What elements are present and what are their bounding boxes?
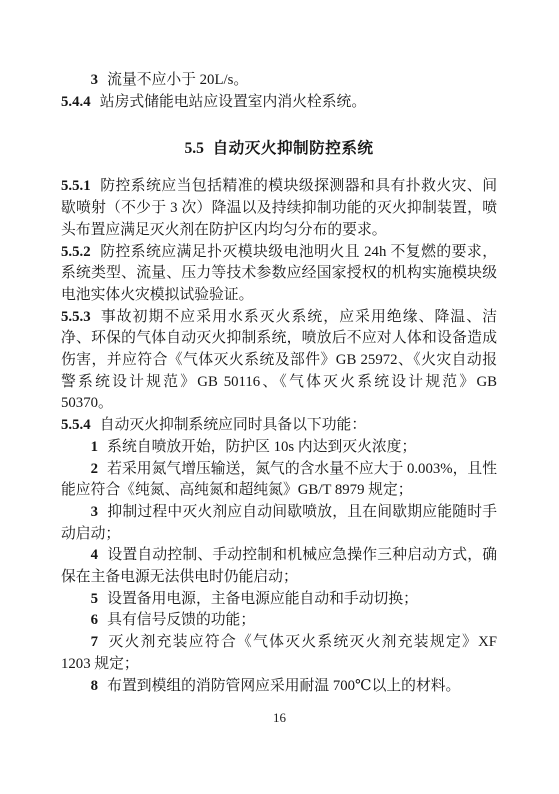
- item-text: 系统自喷放开始，防护区 10s 内达到灭火浓度；: [107, 439, 416, 455]
- clause-paragraph: 5.5.2防控系统应满足扑灭模块级电池明火且 24h 不复燃的要求，系统类型、流…: [61, 242, 497, 307]
- item-number: 5.5.2: [61, 244, 91, 260]
- item-text: 抑制过程中灭火剂应自动间歇喷放，且在间歇期应能随时手动启动；: [61, 504, 497, 542]
- item-text: 设置自动控制、手动控制和机械应急操作三种启动方式，确保在主备电源无法供电时仍能启…: [61, 547, 497, 585]
- item-text: 防控系统应当包括精准的模块级探测器和具有扑救火灾、间歇喷射（不少于 3 次）降温…: [61, 178, 497, 237]
- clause-paragraph: 5.5.1防控系统应当包括精准的模块级探测器和具有扑救火灾、间歇喷射（不少于 3…: [61, 176, 497, 241]
- item-text: 防控系统应满足扑灭模块级电池明火且 24h 不复燃的要求，系统类型、流量、压力等…: [61, 244, 497, 303]
- item-text: 自动灭火抑制防控系统: [213, 140, 374, 157]
- list-item-paragraph: 8布置到模组的消防管网应采用耐温 700℃以上的材料。: [61, 676, 497, 698]
- item-number: 2: [91, 461, 98, 477]
- item-number: 3: [91, 504, 98, 520]
- list-item-paragraph: 7灭火剂充装应符合《气体灭火系统灭火剂充装规定》XF 1203 规定；: [61, 632, 497, 675]
- item-number: 1: [91, 439, 98, 455]
- item-text: 灭火剂充装应符合《气体灭火系统灭火剂充装规定》XF 1203 规定；: [61, 634, 497, 672]
- item-text: 事故初期不应采用水系灭火系统，应采用绝缘、降温、洁净、环保的气体自动灭火抑制系统…: [61, 309, 497, 412]
- item-number: 8: [91, 678, 98, 694]
- list-item-paragraph: 3抑制过程中灭火剂应自动间歇喷放，且在间歇期应能随时手动启动；: [61, 502, 497, 545]
- clause-paragraph: 5.5.4自动灭火抑制系统应同时具备以下功能：: [61, 415, 497, 437]
- document-page: 3流量不应小于 20L/s。5.4.4站房式储能电站应设置室内消火栓系统。5.5…: [0, 0, 559, 794]
- item-text: 设置备用电源，主备电源应能自动和手动切换；: [107, 591, 418, 607]
- list-item-paragraph: 6具有信号反馈的功能；: [61, 610, 497, 632]
- item-text: 站房式储能电站应设置室内消火栓系统。: [100, 94, 366, 110]
- item-text: 若采用氮气增压输送，氮气的含水量不应大于 0.003%，且性能应符合《纯氮、高纯…: [61, 461, 497, 499]
- item-number: 7: [91, 634, 98, 650]
- item-text: 自动灭火抑制系统应同时具备以下功能：: [100, 417, 366, 433]
- item-number: 5.5.3: [61, 309, 91, 325]
- list-item-paragraph: 3流量不应小于 20L/s。: [61, 70, 497, 92]
- section-heading: 5.5自动灭火抑制防控系统: [61, 138, 497, 160]
- item-number: 5.4.4: [61, 94, 91, 110]
- list-item-paragraph: 1系统自喷放开始，防护区 10s 内达到灭火浓度；: [61, 437, 497, 459]
- item-number: 4: [91, 547, 98, 563]
- item-number: 3: [91, 72, 98, 88]
- list-item-paragraph: 4设置自动控制、手动控制和机械应急操作三种启动方式，确保在主备电源无法供电时仍能…: [61, 545, 497, 588]
- document-body: 3流量不应小于 20L/s。5.4.4站房式储能电站应设置室内消火栓系统。5.5…: [61, 70, 497, 697]
- item-number: 5.5: [184, 140, 204, 157]
- list-item-paragraph: 5设置备用电源，主备电源应能自动和手动切换；: [61, 589, 497, 611]
- item-text: 布置到模组的消防管网应采用耐温 700℃以上的材料。: [107, 678, 460, 694]
- item-text: 流量不应小于 20L/s。: [107, 72, 248, 88]
- item-number: 6: [91, 612, 98, 628]
- item-text: 具有信号反馈的功能；: [107, 612, 255, 628]
- item-number: 5.5.1: [61, 178, 91, 194]
- item-number: 5: [91, 591, 98, 607]
- page-number: 16: [0, 710, 559, 726]
- list-item-paragraph: 2若采用氮气增压输送，氮气的含水量不应大于 0.003%，且性能应符合《纯氮、高…: [61, 459, 497, 502]
- item-number: 5.5.4: [61, 417, 91, 433]
- clause-paragraph: 5.4.4站房式储能电站应设置室内消火栓系统。: [61, 92, 497, 114]
- clause-paragraph: 5.5.3事故初期不应采用水系灭火系统，应采用绝缘、降温、洁净、环保的气体自动灭…: [61, 307, 497, 416]
